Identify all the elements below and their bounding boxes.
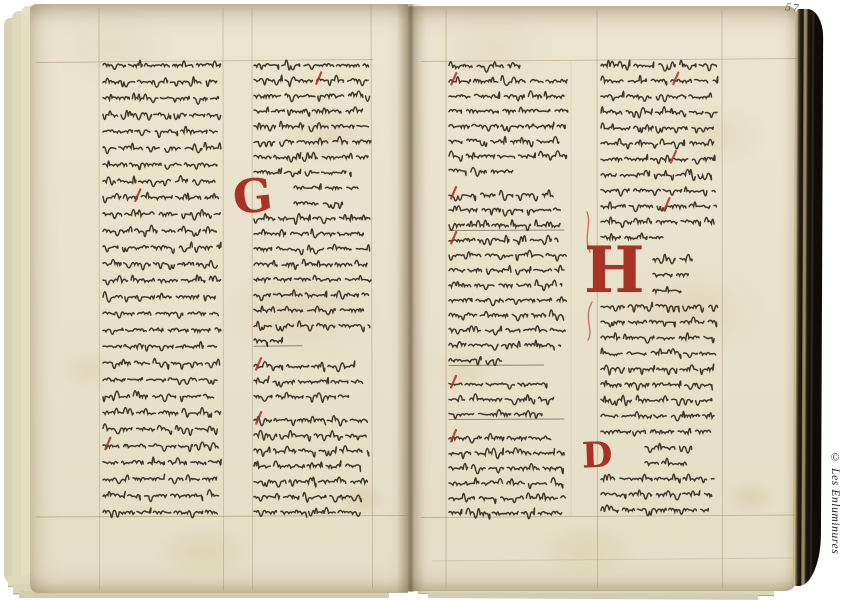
illuminated-initial-h: H	[584, 242, 644, 300]
handwritten-text-layer	[0, 0, 852, 600]
illuminated-initial-d: D	[581, 439, 612, 472]
credit-line: © Les Enluminures	[829, 452, 841, 600]
illuminated-initial-g: G	[231, 174, 274, 219]
folio-number: 57	[784, 2, 800, 14]
manuscript-photograph: G H D 57 © Les Enluminures	[0, 0, 852, 600]
